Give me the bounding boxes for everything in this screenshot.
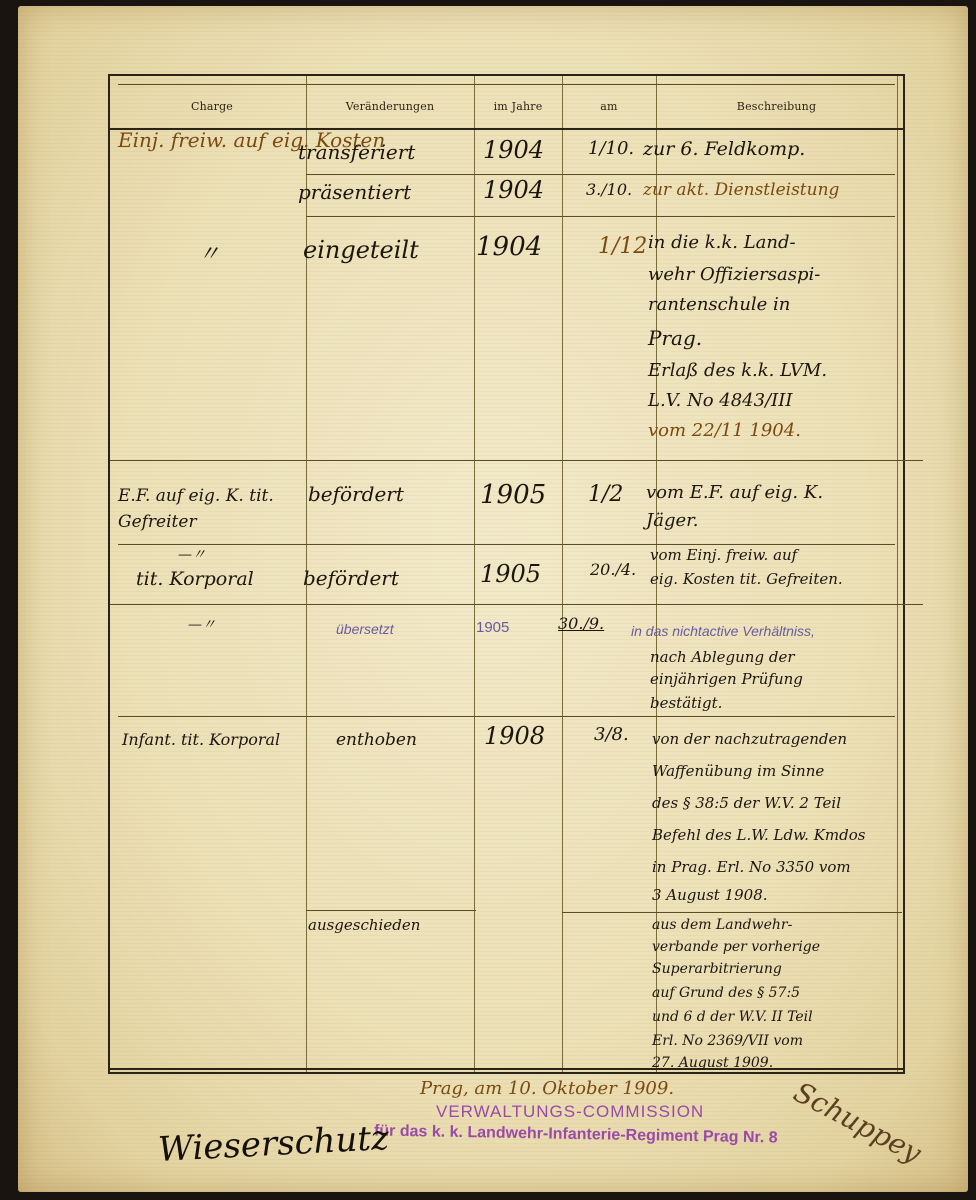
- row7-jahr: 1908: [484, 724, 545, 748]
- column-divider: [897, 76, 898, 1072]
- row5-beschreibung-line1: vom Einj. freiw. auf: [650, 548, 797, 563]
- header-charge: Charge: [118, 84, 306, 128]
- row1-veraenderung: transferiert: [298, 142, 415, 162]
- row2-jahr: 1904: [483, 178, 544, 202]
- signature-right: Schuppey: [788, 1075, 926, 1169]
- row8-veraenderung: ausgeschieden: [308, 918, 420, 933]
- row6-beschreibung-line1: in das nichtactive Verhältniss,: [631, 624, 815, 638]
- row3-jahr: 1904: [476, 234, 542, 260]
- row7-veraenderung: enthoben: [336, 732, 417, 749]
- row7-beschreibung-line4: Befehl des L.W. Ldw. Kmdos: [652, 828, 865, 843]
- row7-beschreibung-line2: Waffenübung im Sinne: [652, 764, 824, 779]
- column-divider: [562, 76, 563, 1072]
- row3-beschreibung-line1: in die k.k. Land-: [648, 234, 796, 252]
- row4-beschreibung-line1: vom E.F. auf eig. K.: [646, 484, 823, 502]
- row4-charge: E.F. auf eig. K. tit. Gefreiter: [118, 484, 298, 535]
- place-date: Prag, am 10. Oktober 1909.: [420, 1080, 674, 1098]
- row7-beschreibung-line1: von der nachzutragenden: [652, 732, 847, 747]
- row-rule: [118, 544, 895, 545]
- row2-veraenderung: präsentiert: [298, 182, 411, 202]
- row7-beschreibung-line5: in Prag. Erl. No 3350 vom: [652, 860, 851, 875]
- row2-am: 3./10.: [586, 182, 632, 198]
- row3-beschreibung-line4: Prag.: [648, 328, 702, 348]
- row3-beschreibung-line6: L.V. No 4843/III: [648, 392, 792, 410]
- row8-beschreibung-line2: verbande per vorherige: [652, 940, 820, 954]
- row-rule: [562, 912, 902, 913]
- row4-beschreibung-line2: Jäger.: [646, 512, 698, 530]
- row3-beschreibung-line7: vom 22/11 1904.: [648, 422, 801, 440]
- row5-am: 20./4.: [590, 562, 636, 578]
- row7-am: 3/8.: [594, 726, 629, 744]
- row1-am: 1/10.: [588, 140, 634, 158]
- row6-charge-ditto: —〃: [188, 618, 216, 632]
- stamp-line1: VERWALTUNGS-COMMISSION: [436, 1102, 704, 1122]
- table-bottom-rule: [110, 1068, 903, 1070]
- row3-beschreibung-line2: wehr Offiziersaspi-: [648, 266, 820, 284]
- row6-beschreibung-line2: nach Ablegung der: [650, 650, 795, 665]
- header-beschreibung: Beschreibung: [656, 84, 897, 128]
- row8-beschreibung-line6: Erl. No 2369/VII vom: [652, 1034, 803, 1048]
- row-rule: [118, 716, 895, 717]
- row7-charge: Infant. tit. Korporal: [122, 732, 280, 748]
- row3-charge-ditto: 〃: [198, 244, 220, 266]
- row4-am: 1/2: [588, 484, 623, 506]
- row4-jahr: 1905: [480, 482, 546, 508]
- row3-veraenderung: eingeteilt: [303, 238, 419, 262]
- row3-beschreibung-line3: rantenschule in: [648, 296, 790, 314]
- row7-beschreibung-line6: 3 August 1908.: [652, 888, 768, 903]
- row3-am: 1/12: [598, 236, 647, 258]
- row5-charge-ditto: —〃: [178, 548, 206, 562]
- row5-charge: tit. Korporal: [136, 570, 254, 589]
- row2-beschreibung: zur akt. Dienstleistung: [643, 182, 839, 199]
- row3-beschreibung-line5: Erlaß des k.k. LVM.: [648, 362, 827, 380]
- document-page: Charge Veränderungen im Jahre am Beschre…: [18, 6, 968, 1192]
- row-rule: [306, 910, 476, 911]
- row-rule: [110, 460, 923, 461]
- row4-veraenderung: befördert: [308, 484, 404, 504]
- column-divider: [474, 76, 475, 1072]
- header-im-jahre: im Jahre: [474, 84, 562, 128]
- row6-jahr: 1905: [476, 620, 509, 635]
- row5-beschreibung-line2: eig. Kosten tit. Gefreiten.: [650, 572, 843, 587]
- row8-beschreibung-line4: auf Grund des § 57:5: [652, 986, 800, 1000]
- row6-beschreibung-line4: bestätigt.: [650, 696, 722, 711]
- row-rule: [110, 604, 923, 605]
- row8-beschreibung-line5: und 6 d der W.V. II Teil: [652, 1010, 813, 1024]
- row6-beschreibung-line3: einjährigen Prüfung: [650, 672, 803, 687]
- row8-beschreibung-line7: 27. August 1909.: [652, 1056, 773, 1070]
- stamp-line2: für das k. k. Landwehr-Infanterie-Regime…: [374, 1122, 778, 1147]
- row8-beschreibung-line1: aus dem Landwehr-: [652, 918, 792, 932]
- row1-beschreibung: zur 6. Feldkomp.: [643, 140, 805, 159]
- header-veraenderungen: Veränderungen: [306, 84, 474, 128]
- row-rule: [306, 174, 895, 175]
- row7-beschreibung-line3: des § 38:5 der W.V. 2 Teil: [652, 796, 841, 811]
- signature-left: Wieserschutz: [157, 1118, 390, 1170]
- row5-jahr: 1905: [480, 562, 541, 586]
- row6-veraenderung: übersetzt: [336, 622, 394, 636]
- row-rule: [306, 216, 895, 217]
- row5-veraenderung: befördert: [303, 568, 399, 588]
- row8-beschreibung-line3: Superarbitrierung: [652, 962, 782, 976]
- header-am: am: [562, 84, 656, 128]
- row6-am: 30./9.: [558, 616, 604, 632]
- row1-jahr: 1904: [483, 138, 544, 162]
